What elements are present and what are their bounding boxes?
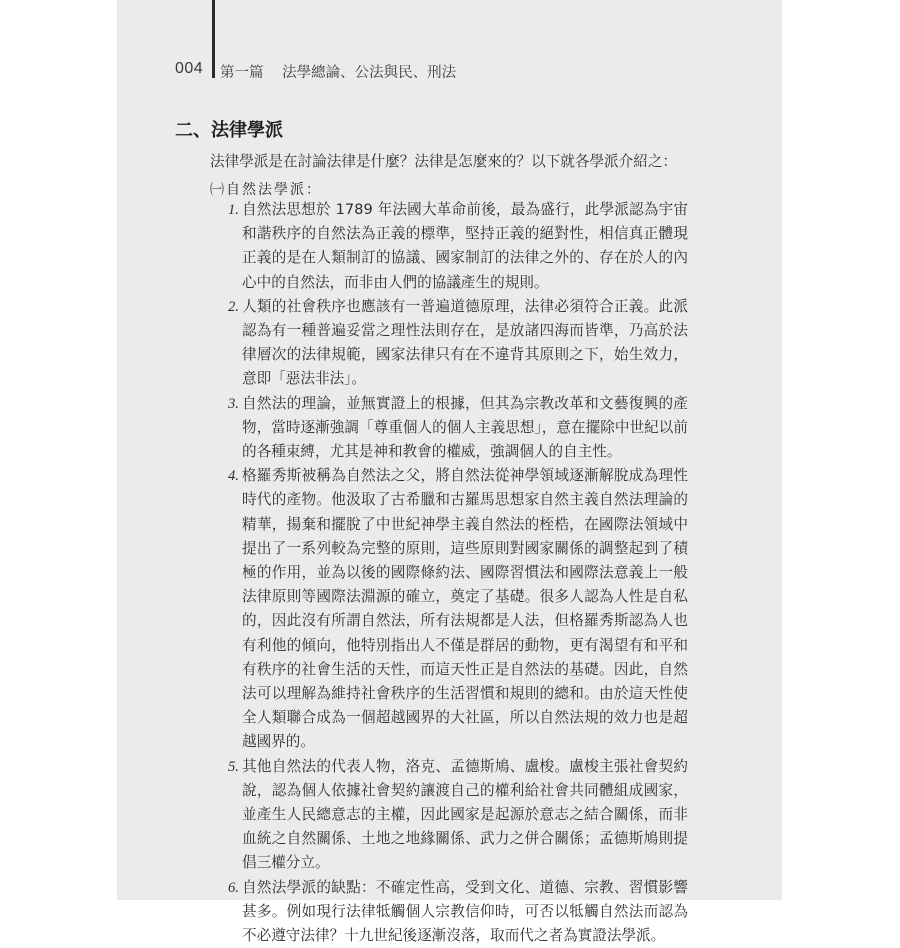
list-item-number: 6. bbox=[228, 876, 239, 900]
list-item: 3. 自然法的理論，並無實證上的根據，但其為宗教改革和文藝復興的產物，當時逐漸強… bbox=[228, 392, 688, 465]
list-item-text: 自然法的理論，並無實證上的根據，但其為宗教改革和文藝復興的產物，當時逐漸強調「尊… bbox=[242, 392, 688, 465]
subsection-title: ㈠自然法學派： bbox=[210, 179, 322, 199]
running-head-part: 第一篇 bbox=[220, 65, 264, 81]
list-item: 6. 自然法學派的缺點：不確定性高，受到文化、道德、宗教、習慣影響甚多。例如現行… bbox=[228, 876, 688, 900]
list-item-text: 自然法思想於 1789 年法國大革命前後，最為盛行，此學派認為宇宙和諧秩序的自然… bbox=[242, 198, 688, 295]
header-vertical-rule bbox=[212, 0, 215, 78]
list-item: 4. 格羅秀斯被稱為自然法之父，將自然法從神學領域逐漸解脫成為理性時代的產物。他… bbox=[228, 464, 688, 754]
list-item-text: 人類的社會秩序也應該有一普遍道德原理，法律必須符合正義。此派認為有一種普遍妥當之… bbox=[242, 295, 688, 392]
list-item-text: 格羅秀斯被稱為自然法之父，將自然法從神學領域逐漸解脫成為理性時代的產物。他汲取了… bbox=[242, 464, 688, 754]
list-item-number: 1. bbox=[228, 198, 239, 222]
list-item-text: 自然法學派的缺點：不確定性高，受到文化、道德、宗教、習慣影響甚多。例如現行法律牴… bbox=[242, 876, 688, 900]
list-item-number: 2. bbox=[228, 295, 239, 319]
section-title: 二、法律學派 bbox=[175, 116, 283, 142]
running-head-chapter: 法學總論、公法與民、刑法 bbox=[282, 65, 456, 81]
running-head: 第一篇 法學總論、公法與民、刑法 bbox=[220, 61, 456, 82]
list-item-number: 4. bbox=[228, 464, 239, 488]
page-number: 004 bbox=[175, 60, 203, 78]
list-item: 1. 自然法思想於 1789 年法國大革命前後，最為盛行，此學派認為宇宙和諧秩序… bbox=[228, 198, 688, 295]
list-item-text: 其他自然法的代表人物，洛克、孟德斯鳩、盧梭。盧梭主張社會契約說，認為個人依據社會… bbox=[242, 755, 688, 876]
list-item: 2. 人類的社會秩序也應該有一普遍道德原理，法律必須符合正義。此派認為有一種普遍… bbox=[228, 295, 688, 392]
book-page: 004 第一篇 法學總論、公法與民、刑法 二、法律學派 法律學派是在討論法律是什… bbox=[117, 0, 782, 900]
list-item-number: 3. bbox=[228, 392, 239, 416]
numbered-list: 1. 自然法思想於 1789 年法國大革命前後，最為盛行，此學派認為宇宙和諧秩序… bbox=[228, 198, 688, 900]
list-item: 5. 其他自然法的代表人物，洛克、孟德斯鳩、盧梭。盧梭主張社會契約說，認為個人依… bbox=[228, 755, 688, 876]
section-intro: 法律學派是在討論法律是什麼？法律是怎麼來的？以下就各學派介紹之： bbox=[210, 150, 677, 171]
list-item-number: 5. bbox=[228, 755, 239, 779]
